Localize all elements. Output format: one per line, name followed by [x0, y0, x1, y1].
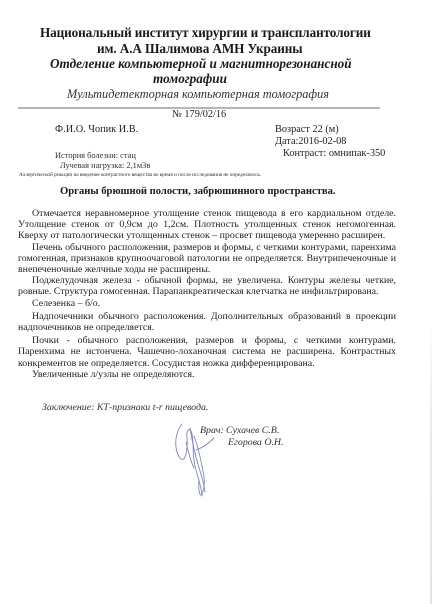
allergy-note: Аллергической реакции на введение контра…	[19, 172, 261, 178]
contrast-agent: Контраст: омнипак-350	[283, 148, 385, 159]
institute-name-line2: им. А.А Шалимова АМН Украины	[97, 41, 302, 57]
page-edge-shadow	[430, 330, 432, 604]
department-name-line2: томографии	[153, 71, 227, 87]
medical-history: История болезни: стац	[55, 151, 136, 160]
patient-age: Возраст 22 (м)	[275, 124, 339, 135]
radiation-dose: Лучевая нагрузка: 2,1мЗв	[60, 161, 150, 170]
doctor-name-2: Егорова О.Н.	[228, 437, 284, 448]
section-title: Органы брюшной полости, забрюшинного про…	[60, 186, 336, 197]
finding-liver: Печень обычного расположения, размеров и…	[18, 242, 396, 276]
finding-kidneys: Почки - обычного расположения, размеров …	[18, 335, 396, 369]
signature-label: Врач:	[200, 425, 224, 436]
findings-body: Отмечается неравномерное утолщение стено…	[18, 208, 396, 380]
patient-name: Ф.И.О. Чопик И.В.	[55, 124, 138, 135]
finding-adrenals: Надпочечники обычного расположения. Допо…	[18, 311, 396, 333]
document-subtitle: Мультидетекторная компьютерная томографи…	[67, 87, 329, 102]
finding-esophagus: Отмечается неравномерное утолщение стено…	[18, 208, 396, 242]
department-name-line1: Отделение компьютерной и магнитнорезонан…	[50, 56, 352, 72]
conclusion: Заключение: КТ-признаки t-r пищевода.	[42, 402, 208, 413]
doctor-name-1: Сухачев С.В.	[226, 425, 279, 436]
report-number: № 179/02/16	[172, 109, 226, 120]
finding-spleen: Селезенка – б/о.	[18, 298, 396, 309]
exam-date: Дата:2016-02-08	[275, 136, 346, 147]
finding-lymph-nodes: Увеличенные л/узлы не определяются.	[18, 369, 396, 380]
finding-pancreas: Поджелудочная железа - обычной формы, не…	[18, 275, 396, 297]
institute-name-line1: Национальный институт хирургии и транспл…	[40, 25, 371, 41]
